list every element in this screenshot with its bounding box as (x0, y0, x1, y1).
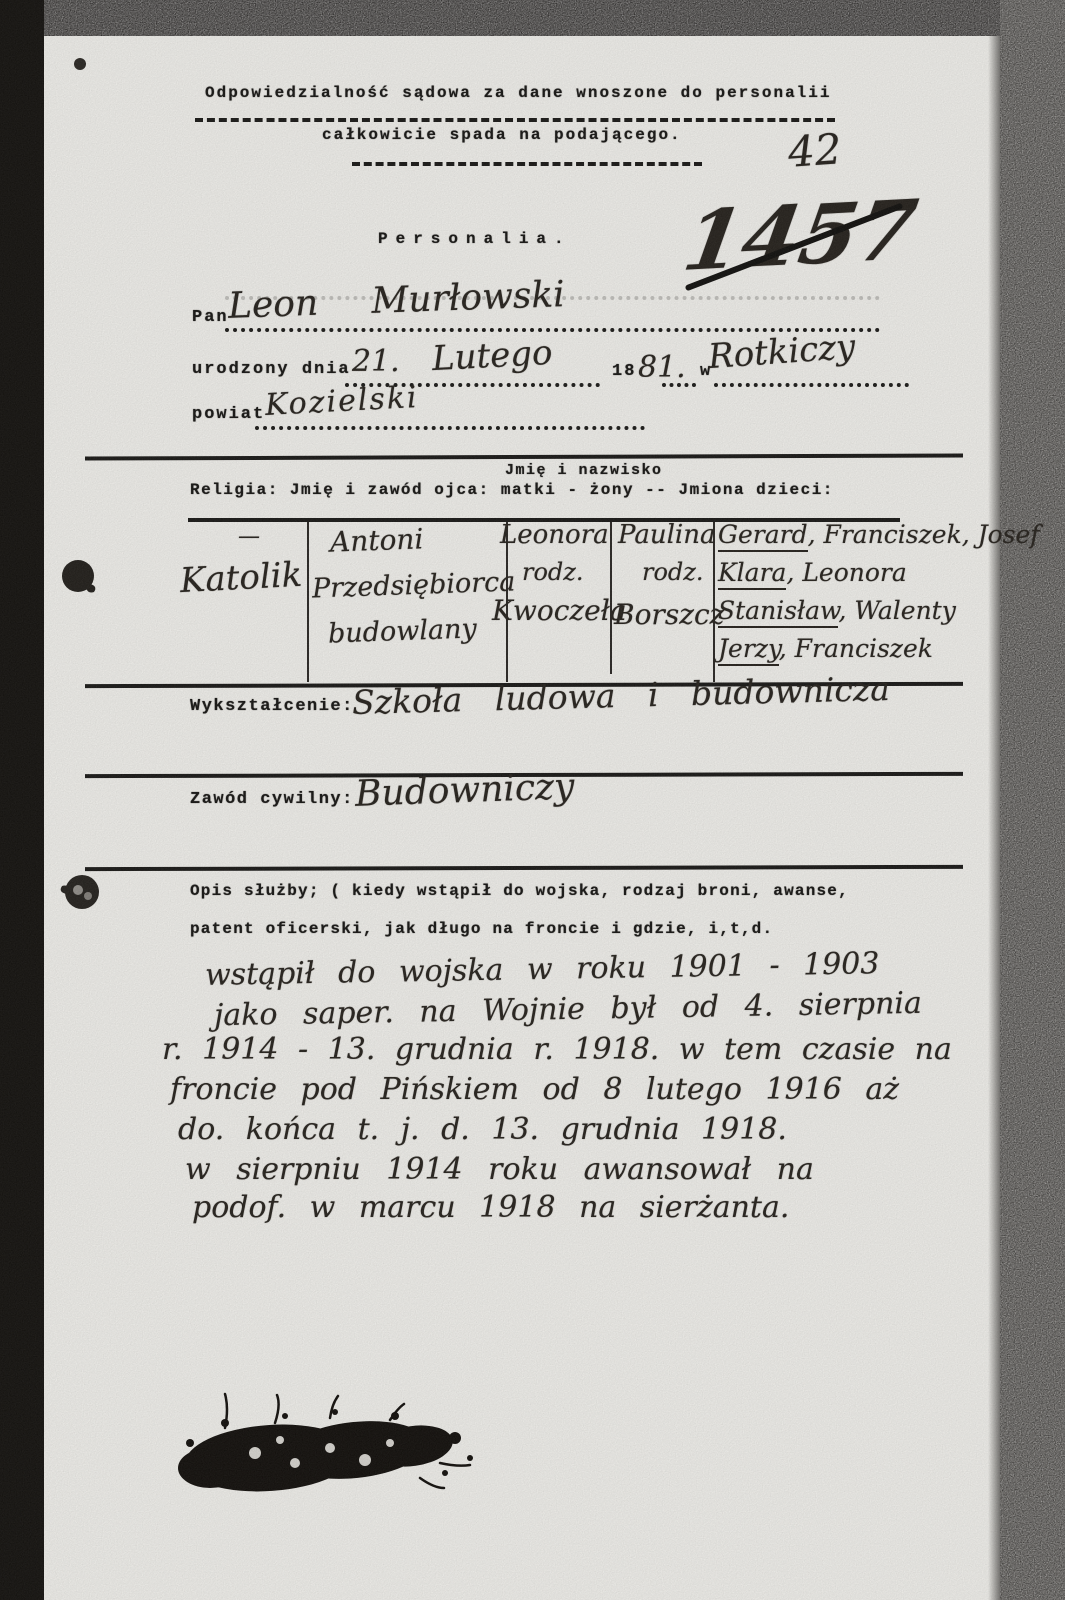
handwritten-mother-name: Leonora (500, 520, 609, 550)
child-name-underlined: Klara (718, 558, 786, 590)
children-row: Stanisław, Walenty (718, 596, 956, 625)
page-title: Personalia. (378, 230, 572, 248)
paper-corner-mark (68, 52, 98, 82)
handwritten-service-line: r. 1914 - 13. grudnia r. 1918. w tem cza… (162, 1032, 952, 1067)
child-name-underlined: Stanisław (718, 596, 838, 628)
service-label-line1: Opis służby; ( kiedy wstąpił do wojska, … (190, 882, 849, 900)
handwritten-mother-rodz: rodz. (522, 558, 584, 586)
paper-edge-shadow (988, 36, 1000, 1600)
handwritten-service-line: w sierpniu 1914 roku awansował na (185, 1152, 814, 1187)
header-dashed-rule-1 (195, 94, 835, 122)
child-name-underlined: Jerzy (718, 634, 779, 666)
handwritten-page-number: 42 (786, 124, 843, 177)
ink-blot (155, 1368, 515, 1528)
handwritten-born-month: Lutego (431, 333, 553, 379)
children-row: Gerard, Franciszek, Josef (718, 520, 1040, 549)
handwritten-wife-name: Paulina (618, 520, 715, 550)
service-label-line2: patent oficerski, jak długo na froncie i… (190, 920, 773, 938)
handwritten-born-day: 21. (352, 344, 400, 379)
header-dashed-rule-2 (352, 138, 702, 166)
scan-backdrop-top (0, 0, 1065, 36)
handwritten-service-line: podof. w marcu 1918 na sierżanta. (192, 1190, 789, 1225)
hole-punch-top (50, 550, 110, 610)
handwritten-wife-maiden-name: Borszcz (614, 598, 724, 631)
education-label: Wykształcenie: (190, 697, 354, 716)
born-label: urodzony dnia (192, 360, 351, 379)
handwritten-religion: Katolik (179, 555, 303, 601)
scan-backdrop-left (0, 0, 44, 1600)
child-name-underlined: Gerard (718, 520, 808, 552)
scan-backdrop-right (1000, 0, 1065, 1600)
handwritten-service-line: do. końca t. j. d. 13. grudnia 1918. (178, 1112, 787, 1147)
pan-label: Pan (192, 308, 229, 327)
handwritten-wife-rodz: rodz. (642, 558, 704, 586)
children-names-rest: , Walenty (838, 596, 955, 625)
table-vline-1 (307, 522, 309, 682)
born-leader-dots-2 (662, 355, 696, 387)
handwritten-father-name: Antoni (329, 522, 423, 558)
year-prefix: 18 (612, 362, 636, 381)
table-subheader: Jmię i nazwisko (505, 462, 663, 479)
children-row: Jerzy, Franciszek (718, 634, 933, 663)
handwritten-father-occupation-2: budowlany (328, 613, 478, 649)
children-names-rest: , Leonora (786, 558, 906, 587)
scanned-document-canvas: Odpowiedzialność sądowa za dane wnoszone… (0, 0, 1065, 1600)
children-row: Klara, Leonora (718, 558, 907, 587)
hole-punch-bottom (48, 864, 118, 924)
profession-label: Zawód cywilny: (190, 790, 354, 809)
handwritten-profession: Budowniczy (354, 766, 575, 815)
handwritten-mother-maiden-name: Kwoczeła (492, 594, 627, 627)
religion-dash: — (238, 524, 260, 549)
children-names-rest: , Franciszek, Josef (808, 520, 1040, 549)
children-names-rest: , Franciszek (779, 634, 933, 663)
handwritten-service-line: froncie pod Pińskiem od 8 lutego 1916 aż (170, 1072, 899, 1107)
table-header: Religia: Jmię i zawód ojca: matki - żony… (190, 481, 834, 499)
